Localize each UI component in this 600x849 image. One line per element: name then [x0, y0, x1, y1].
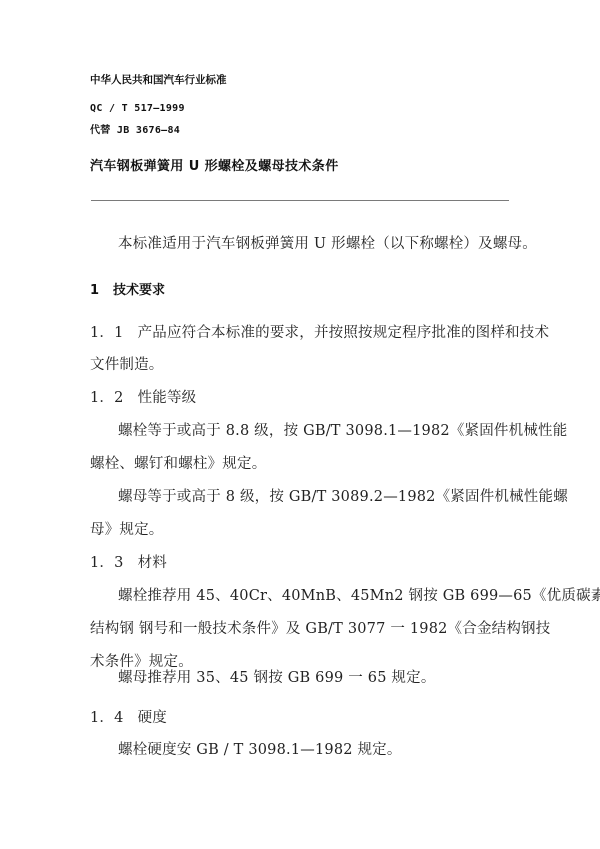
section-1-2-heading: 1．2性能等级: [90, 386, 196, 407]
paragraph-line: 螺栓硬度安 GB / T 3098.1—1982 规定。: [118, 738, 402, 759]
paragraph-line: 螺栓、螺钉和螺柱》规定。: [90, 452, 266, 473]
paragraph-line: 母》规定。: [90, 518, 164, 539]
section-title: 技术要求: [113, 283, 165, 298]
section-1-4-heading: 1．4硬度: [90, 706, 167, 727]
title-divider: [91, 200, 509, 201]
section-1-1-line: 文件制造。: [90, 353, 164, 374]
paragraph-line: 螺栓等于或高于 8.8 级，按 GB/T 3098.1—1982《紧固件机械性能: [118, 419, 567, 440]
section-number: 1．3: [90, 551, 124, 572]
paragraph-line: 螺母推荐用 35、45 钢按 GB 699 一 65 规定。: [118, 666, 436, 687]
section-number: 1: [90, 283, 99, 298]
section-number: 1．1: [90, 321, 124, 342]
paragraph-line: 螺栓推荐用 45、40Cr、40MnB、45Mn2 钢按 GB 699—65《优…: [118, 584, 600, 605]
document-title: 汽车钢板弹簧用 U 形螺栓及螺母技术条件: [90, 155, 339, 174]
paragraph-line: 螺母等于或高于 8 级，按 GB/T 3089.2—1982《紧固件机械性能螺: [118, 485, 568, 506]
section-1-3-heading: 1．3材料: [90, 551, 167, 572]
paragraph-text: 产品应符合本标准的要求，并按照按规定程序批准的图样和技术: [138, 325, 550, 341]
section-title: 性能等级: [138, 390, 197, 406]
document-page: 中华人民共和国汽车行业标准 QC / T 517—1999 代替 JB 3676…: [0, 0, 600, 849]
replaces-standard: 代替 JB 3676—84: [90, 121, 180, 136]
issuer-line: 中华人民共和国汽车行业标准: [90, 72, 227, 87]
paragraph-line: 结构钢 钢号和一般技术条件》及 GB/T 3077 一 1982《合金结构钢技: [90, 617, 550, 638]
section-title: 材料: [138, 555, 167, 571]
section-number: 1．4: [90, 706, 124, 727]
section-title: 硬度: [138, 710, 167, 726]
section-1-1-line: 1．1产品应符合本标准的要求，并按照按规定程序批准的图样和技术: [90, 321, 549, 342]
section-1-heading: 1技术要求: [90, 279, 165, 298]
standard-number: QC / T 517—1999: [90, 103, 185, 114]
scope-paragraph: 本标准适用于汽车钢板弹簧用 U 形螺栓（以下称螺栓）及螺母。: [118, 232, 537, 253]
section-number: 1．2: [90, 386, 124, 407]
